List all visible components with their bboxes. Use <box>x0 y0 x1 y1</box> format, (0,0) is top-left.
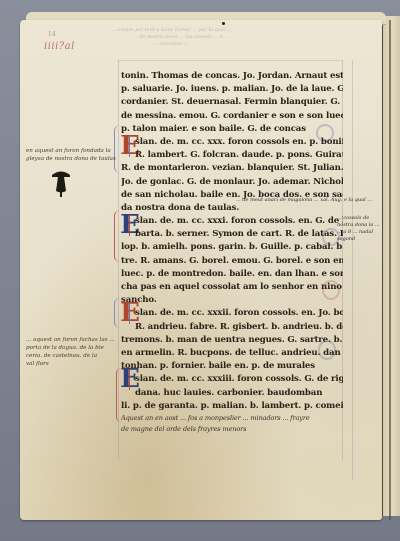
text-line: slan. de. m. cc. xxxiii. foron cossols. … <box>121 373 343 386</box>
text-line: tremons. b. man de uentra negues. G. sar… <box>121 334 343 347</box>
ink-dot <box>222 22 225 25</box>
text-line: dana. huc lauies. carbonier. baudomban <box>121 387 343 400</box>
text-line: p. saluarie. Jo. iuens. p. malian. Jo. d… <box>121 83 343 96</box>
text-line: en armelin. R. bucpons. de telluc. andri… <box>121 347 343 360</box>
text-line: luec. p. de montredon. baile. en. dan lh… <box>121 268 343 281</box>
ruling-line <box>118 60 343 61</box>
folio-pencil-number: 14 <box>48 31 56 38</box>
text-line: R. andrieu. fabre. R. gisbert. b. andrie… <box>121 321 343 334</box>
text-line: slan. de. m. cc. xxx. foron cossols en. … <box>121 136 343 149</box>
bell-nota-icon <box>50 168 72 200</box>
text-line: lop. b. amielh. pons. garin. b. Guille. … <box>121 241 343 254</box>
text-line: tonin. Thomas de concas. Jo. Jordan. Arn… <box>121 70 343 83</box>
text-line: sancho. <box>121 294 343 307</box>
later-addition-line: de magne del orde dels frayres menors <box>121 424 343 435</box>
interlinear-note: ... de meut anaci de magalona ... xal. A… <box>236 197 372 203</box>
margin-note-right: ... cossols de nostra dona la ... ... a … <box>337 215 380 243</box>
text-line: p. talon maier. e son baile. G. de conca… <box>121 123 343 136</box>
main-text-column: tonin. Thomas de concas. Jo. Jordan. Arn… <box>121 70 343 435</box>
text-line: tonhan. p. fornier. baile en. p. de mura… <box>121 360 343 373</box>
text-line: li. p. de garanta. p. malian. b. lambert… <box>121 400 343 413</box>
folio-mark: iiii?al <box>44 41 75 52</box>
text-line: tre. R. amans. G. borel. emou. G. borel.… <box>121 255 343 268</box>
text-line: barta. b. serner. Symon de cart. R. de l… <box>121 228 343 241</box>
text-line: R. lambert. G. folcran. daude. p. pons. … <box>121 149 343 162</box>
text-line: da nostra dona de taulas. <box>121 202 343 215</box>
later-addition-line: Aquest an en aost ... fos a monpeslier .… <box>121 413 343 424</box>
ruling-line <box>352 60 353 480</box>
text-line: Jo. de gonlac. G. de monlaur. Jo. ademar… <box>121 176 343 189</box>
margin-note-left-top: en aquest an foron fondada la gleysa de … <box>26 147 116 163</box>
text-line: slan. de. m. cc. xxxii. foron cossols. e… <box>121 307 343 320</box>
text-line: cha pas en aquel cossolat am lo senhor e… <box>121 281 343 294</box>
text-line: cordanier. St. deuernasal. Fermin blanqu… <box>121 96 343 109</box>
text-line: de messina. emou. G. cordanier e son e s… <box>121 110 343 123</box>
binding-gutter <box>389 20 391 520</box>
text-line: R. de montarleron. vezian. blanquier. St… <box>121 162 343 175</box>
margin-note-left-bottom: ... aquest an foron fachas las ... porta… <box>26 336 115 368</box>
text-line: slan. de. m. cc. xxxi. foron cossols. en… <box>121 215 343 228</box>
adjacent-leaf <box>382 16 400 516</box>
show-through-text: ...enaiss pel tant a Sant Tomas ... per … <box>113 27 333 48</box>
